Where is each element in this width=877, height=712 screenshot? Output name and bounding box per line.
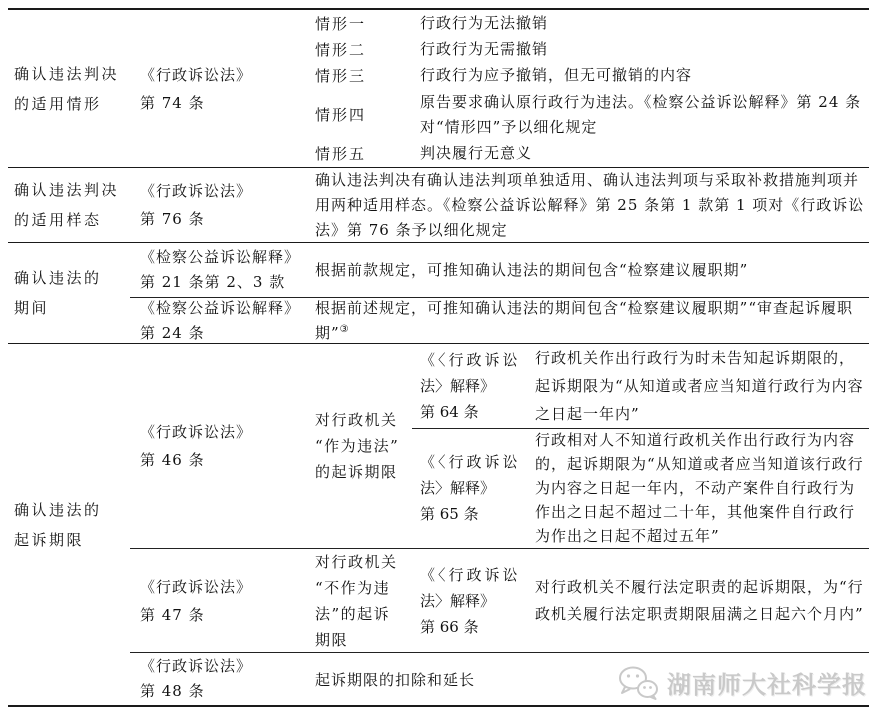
law-citation: 《行政诉讼法》 第 47 条 — [130, 549, 305, 652]
scenario-name: 情形五 — [305, 143, 410, 164]
section-applicable-situations: 确认违法判决 的适用情形 《行政诉讼法》 第 74 条 情形一 行政行为无法撤销… — [8, 10, 869, 167]
period-content: 根据前款规定，可推知确认违法的期间包含“检察建议履职期” — [305, 243, 869, 297]
period-row: 《检察公益诉讼解释》 第 24 条 根据前述规定，可推知确认违法的期间包含“检察… — [130, 297, 869, 343]
period-text: 根据前述规定，可推知确认违法的期间包含“检察建议履职期”“审查起诉履职期” — [315, 299, 853, 342]
interpretation-entry: 《〈行政诉讼 法〉解释》 第 64 条 行政机关作出行政行为时未告知起诉期限的，… — [412, 344, 869, 428]
deadline-type: 对行政机关 “不作为违 法”的起诉 期限 — [305, 549, 412, 652]
row-label-line: 确认违法判决 — [14, 59, 130, 89]
interpretation-citation-line: 第 66 条 — [420, 614, 530, 640]
scenario-row: 情形三 行政行为应予撤销，但无可撤销的内容 — [305, 63, 869, 89]
scenario-name: 情形三 — [305, 65, 410, 86]
scenario-content: 行政行为无需撤销 — [410, 37, 869, 62]
law-citation-line: 第 47 条 — [140, 601, 305, 629]
interpretation-citation: 《〈行政诉讼 法〉解释》 第 64 条 — [412, 344, 530, 428]
law-citation-line: 第 21 条第 2、3 款 — [140, 270, 305, 295]
deadline-content-text: 起诉期限的扣除和延长 — [315, 669, 475, 690]
period-content-text: 根据前款规定，可推知确认违法的期间包含“检察建议履职期” — [315, 259, 869, 281]
section-content-text: 确认违法判决有确认违法判项单独适用、确认违法判项与采取补救措施判项并用两种适用样… — [315, 168, 869, 243]
law-citation-line: 第 46 条 — [140, 446, 305, 474]
row-label: 确认违法的 期间 — [8, 243, 130, 343]
row-label: 确认违法判决 的适用情形 — [8, 10, 130, 167]
law-citation: 《行政诉讼法》 第 46 条 — [130, 344, 305, 548]
scenario-content: 行政行为无法撤销 — [410, 11, 869, 36]
row-label-line: 的适用样态 — [14, 205, 130, 235]
document-page: 确认违法判决 的适用情形 《行政诉讼法》 第 74 条 情形一 行政行为无法撤销… — [0, 0, 877, 712]
interpretation-citation-line: 法〉解释》 — [420, 373, 530, 399]
interpretation-citation-line: 《〈行政诉讼 — [420, 562, 530, 588]
interpretation-content-text: 行政相对人不知道行政机关作出行政行为内容的，起诉期限为“从知道或者应当知道该行政… — [535, 428, 869, 548]
law-citation: 《检察公益诉讼解释》 第 21 条第 2、3 款 — [130, 243, 305, 297]
deadline-type-line: 对行政机关 — [315, 407, 412, 433]
scenario-content: 判决履行无意义 — [410, 141, 869, 166]
period-content: 根据前述规定，可推知确认违法的期间包含“检察建议履职期”“审查起诉履职期”③ — [305, 298, 869, 343]
law-citation-line: 《行政诉讼法》 — [140, 61, 305, 89]
scenario-content: 原告要求确认原行政行为违法。《检察公益诉讼解释》第 24 条对“情形四”予以细化… — [410, 90, 869, 140]
scenario-row: 情形二 行政行为无需撤销 — [305, 37, 869, 63]
law-citation-line: 第 48 条 — [140, 679, 305, 704]
scenario-row: 情形一 行政行为无法撤销 — [305, 11, 869, 37]
deadline-block-art47: 《行政诉讼法》 第 47 条 对行政机关 “不作为违 法”的起诉 期限 《〈行政… — [130, 548, 869, 652]
interpretation-entries: 《〈行政诉讼 法〉解释》 第 66 条 对行政机关不履行法定职责的起诉期限，为“… — [412, 549, 869, 652]
scenario-name: 情形二 — [305, 39, 410, 60]
interpretation-citation-line: 《〈行政诉讼 — [420, 449, 530, 475]
law-citation: 《检察公益诉讼解释》 第 24 条 — [130, 298, 305, 343]
law-citation-line: 第 24 条 — [140, 321, 305, 344]
deadline-blocks: 《行政诉讼法》 第 46 条 对行政机关 “作为违法” 的起诉期限 《〈行政诉讼… — [130, 344, 869, 705]
interpretation-content-text: 对行政机关不履行法定职责的起诉期限，为“行政机关履行法定职责期限届满之日起六个月… — [535, 574, 869, 628]
row-label-line: 起诉期限 — [14, 525, 130, 555]
law-citation: 《行政诉讼法》 第 76 条 — [130, 168, 305, 242]
deadline-type-line: 法”的起诉 — [315, 601, 412, 627]
section-confirmation-period: 确认违法的 期间 《检察公益诉讼解释》 第 21 条第 2、3 款 根据前款规定… — [8, 242, 869, 343]
legal-table: 确认违法判决 的适用情形 《行政诉讼法》 第 74 条 情形一 行政行为无法撤销… — [8, 8, 869, 707]
section-content: 确认违法判决有确认违法判项单独适用、确认违法判项与采取补救措施判项并用两种适用样… — [305, 168, 869, 242]
row-label-line: 的适用情形 — [14, 89, 130, 119]
interpretation-content: 行政相对人不知道行政机关作出行政行为内容的，起诉期限为“从知道或者应当知道该行政… — [530, 429, 869, 547]
deadline-block-art48: 《行政诉讼法》 第 48 条 起诉期限的扣除和延长 — [130, 652, 869, 705]
scenario-name: 情形四 — [305, 104, 410, 125]
deadline-type-line: “作为违法” — [315, 433, 412, 459]
deadline-type-line: 对行政机关 — [315, 549, 412, 575]
law-citation-line: 《行政诉讼法》 — [140, 573, 305, 601]
period-rows: 《检察公益诉讼解释》 第 21 条第 2、3 款 根据前款规定，可推知确认违法的… — [130, 243, 869, 343]
law-citation-line: 《检察公益诉讼解释》 — [140, 245, 305, 270]
law-citation-line: 《行政诉讼法》 — [140, 654, 305, 679]
interpretation-citation-line: 法〉解释》 — [420, 588, 530, 614]
law-citation: 《行政诉讼法》 第 74 条 — [130, 10, 305, 167]
interpretation-citation-line: 《〈行政诉讼 — [420, 347, 530, 373]
law-citation-line: 第 74 条 — [140, 89, 305, 117]
law-citation-line: 《行政诉讼法》 — [140, 418, 305, 446]
row-label-line: 确认违法的 — [14, 263, 130, 293]
deadline-type-line: “不作为违 — [315, 575, 412, 601]
period-content-text: 根据前述规定，可推知确认违法的期间包含“检察建议履职期”“审查起诉履职期”③ — [315, 297, 869, 343]
row-label-line: 确认违法判决 — [14, 175, 130, 205]
footnote-marker: ③ — [340, 324, 350, 335]
law-citation: 《行政诉讼法》 第 48 条 — [130, 653, 305, 705]
scenario-list: 情形一 行政行为无法撤销 情形二 行政行为无需撤销 情形三 行政行为应予撤销，但… — [305, 10, 869, 167]
interpretation-entry: 《〈行政诉讼 法〉解释》 第 66 条 对行政机关不履行法定职责的起诉期限，为“… — [412, 549, 869, 652]
law-citation-line: 《检察公益诉讼解释》 — [140, 296, 305, 321]
section-applicable-forms: 确认违法判决 的适用样态 《行政诉讼法》 第 76 条 确认违法判决有确认违法判… — [8, 167, 869, 242]
period-row: 《检察公益诉讼解释》 第 21 条第 2、3 款 根据前款规定，可推知确认违法的… — [130, 243, 869, 297]
interpretation-citation-line: 第 64 条 — [420, 399, 530, 425]
deadline-content: 起诉期限的扣除和延长 — [305, 653, 869, 705]
interpretation-citation: 《〈行政诉讼 法〉解释》 第 65 条 — [412, 429, 530, 547]
interpretation-content: 行政机关作出行政行为时未告知起诉期限的，起诉期限为“从知道或者应当知道行政行为内… — [530, 344, 869, 428]
deadline-block-art46: 《行政诉讼法》 第 46 条 对行政机关 “作为违法” 的起诉期限 《〈行政诉讼… — [130, 344, 869, 548]
period-text: 根据前款规定，可推知确认违法的期间包含“检察建议履职期” — [315, 261, 748, 279]
scenario-row: 情形四 原告要求确认原行政行为违法。《检察公益诉讼解释》第 24 条对“情形四”… — [305, 89, 869, 141]
row-label: 确认违法的 起诉期限 — [8, 344, 130, 705]
row-label: 确认违法判决 的适用样态 — [8, 168, 130, 242]
scenario-name: 情形一 — [305, 13, 410, 34]
deadline-type: 对行政机关 “作为违法” 的起诉期限 — [305, 344, 412, 548]
law-citation-line: 第 76 条 — [140, 205, 305, 233]
scenario-row: 情形五 判决履行无意义 — [305, 141, 869, 167]
law-citation-line: 《行政诉讼法》 — [140, 177, 305, 205]
interpretation-content-text: 行政机关作出行政行为时未告知起诉期限的，起诉期限为“从知道或者应当知道行政行为内… — [535, 344, 869, 428]
interpretation-citation-line: 法〉解释》 — [420, 475, 530, 501]
interpretation-content: 对行政机关不履行法定职责的起诉期限，为“行政机关履行法定职责期限届满之日起六个月… — [530, 549, 869, 652]
row-label-line: 确认违法的 — [14, 495, 130, 525]
row-label-line: 期间 — [14, 293, 130, 323]
interpretation-citation: 《〈行政诉讼 法〉解释》 第 66 条 — [412, 549, 530, 652]
interpretation-entry: 《〈行政诉讼 法〉解释》 第 65 条 行政相对人不知道行政机关作出行政行为内容… — [412, 428, 869, 547]
deadline-type-line: 期限 — [315, 627, 412, 653]
interpretation-citation-line: 第 65 条 — [420, 501, 530, 527]
scenario-content: 行政行为应予撤销，但无可撤销的内容 — [410, 63, 869, 88]
interpretation-entries: 《〈行政诉讼 法〉解释》 第 64 条 行政机关作出行政行为时未告知起诉期限的，… — [412, 344, 869, 548]
section-filing-deadline: 确认违法的 起诉期限 《行政诉讼法》 第 46 条 对行政机关 “作为违法” 的… — [8, 343, 869, 705]
deadline-type-line: 的起诉期限 — [315, 459, 412, 485]
